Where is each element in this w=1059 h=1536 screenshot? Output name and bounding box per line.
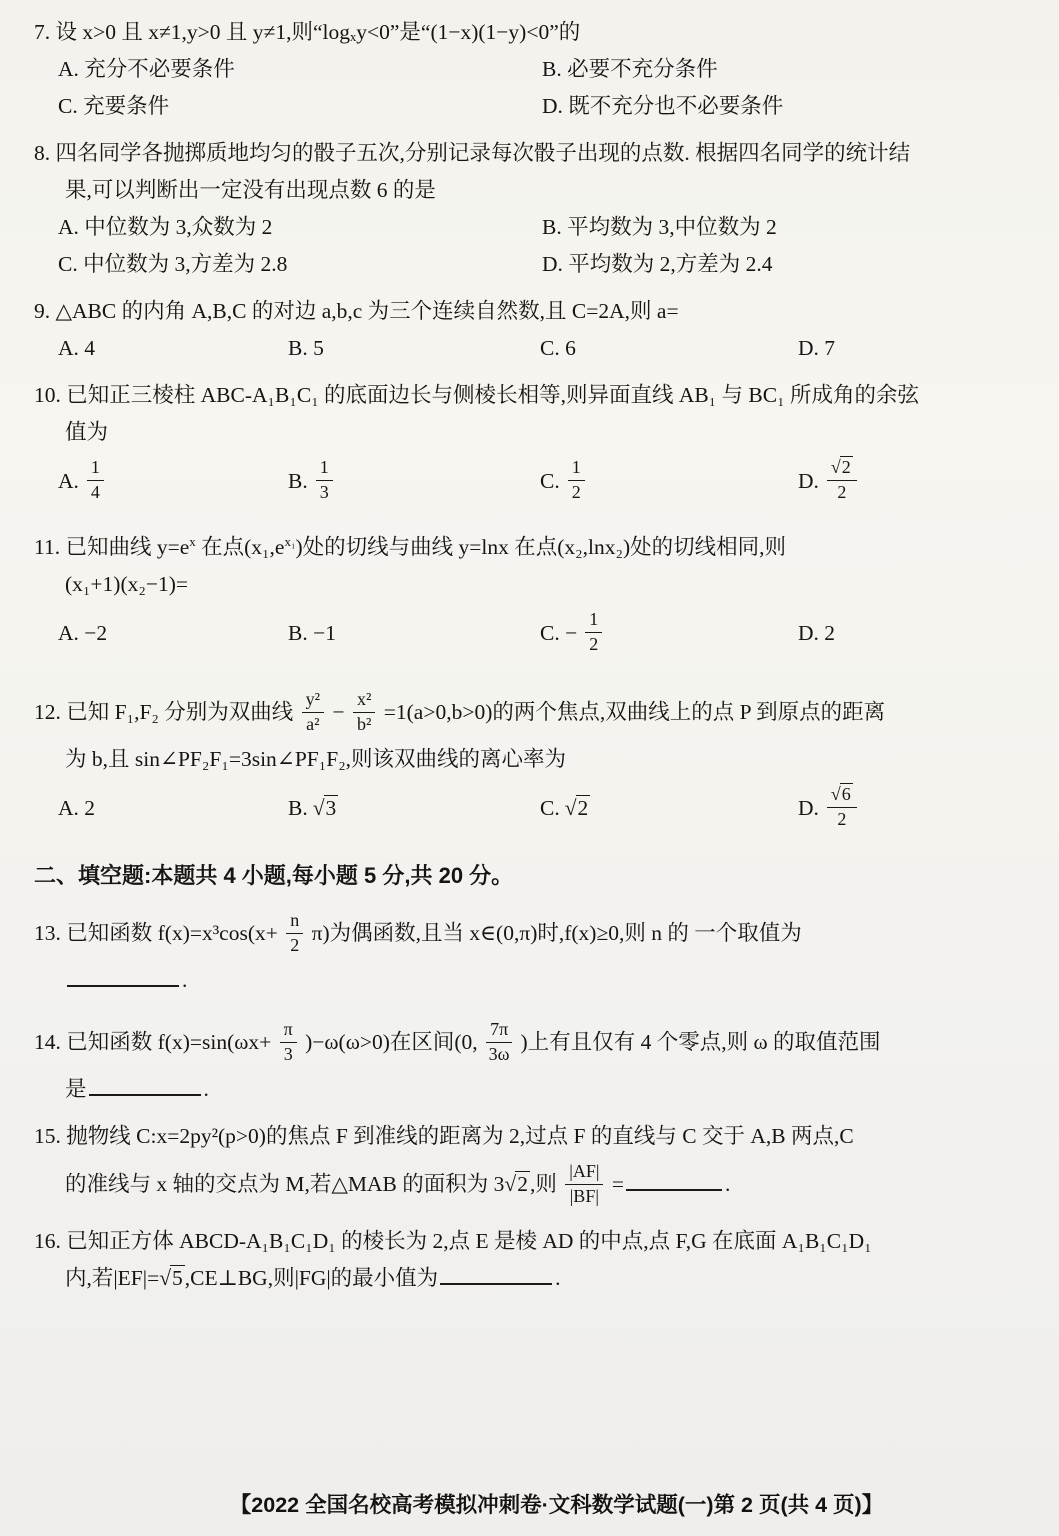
question-15-text-line-2: 的准线与 x 轴的交点为 M,若△MAB 的面积为 3√2,则 |AF| |BF… [34,1155,1035,1213]
radicand: 2 [515,1171,530,1196]
question-10-text-line-2: 值为 [34,414,1035,451]
numerator: 1 [316,457,333,480]
text-segment: =1(a>0,b>0)的两个焦点,双曲线上的点 P 到原点的距离 [384,700,885,724]
question-10-option-b: B. 1 3 [288,451,540,513]
fraction: π 3 [280,1019,297,1064]
question-8-option-b: B. 平均数为 3,中位数为 2 [542,209,1035,246]
denominator: a² [306,713,319,735]
denominator: 2 [837,481,846,503]
numerator: 1 [568,457,585,480]
option-label: B. [288,795,308,823]
question-11: 11. 已知曲线 y=ex 在点(x₁,ex₁)处的切线与曲线 y=lnx 在点… [34,523,1035,665]
radical-sign: √ [504,1172,515,1196]
question-14-answer-line: 是. [34,1071,1035,1108]
superscript: x₁ [284,534,295,549]
text-segment: . [555,1266,560,1290]
denominator: 2 [589,633,598,655]
section-2-title: 二、填空题:本题共 4 小题,每小题 5 分,共 20 分。 [34,856,1035,896]
fraction: 7π 3ω [486,1019,512,1064]
question-8-option-a: A. 中位数为 3,众数为 2 [58,209,542,246]
fraction: 1 3 [316,457,333,502]
question-7-option-a: A. 充分不必要条件 [58,51,542,88]
numerator: 1 [585,609,602,632]
question-10-options: A. 1 4 B. 1 3 C. 1 [58,451,1035,513]
text-segment: ,则 [530,1172,557,1196]
question-8-text-line-2: 果,可以判断出一定没有出现点数 6 的是 [34,172,1035,209]
option-label: C. [540,795,560,823]
question-11-option-c: C. − 1 2 [540,603,798,665]
numerator: 1 [87,457,104,480]
question-11-options: A. −2 B. −1 C. − 1 2 D. 2 [58,603,1035,665]
question-13-answer-line: . [34,962,1035,999]
answer-blank [67,980,179,987]
text-segment: )−ω(ω>0)在区间(0, [305,1030,478,1054]
radical-sign: √ [831,457,840,477]
question-7-option-c: C. 充要条件 [58,88,542,125]
question-7-options: A. 充分不必要条件 B. 必要不充分条件 C. 充要条件 D. 既不充分也不必… [58,51,1035,125]
question-10-option-c: C. 1 2 [540,451,798,513]
radicand: 6 [840,783,853,804]
denominator: 4 [91,481,100,503]
question-7-option-d: D. 既不充分也不必要条件 [542,88,1035,125]
radical-sign: √ [565,796,576,820]
denominator: 3 [320,481,329,503]
question-7: 7. 设 x>0 且 x≠1,y>0 且 y≠1,则“logₓy<0”是“(1−… [34,14,1035,125]
question-11-option-b: B. −1 [288,603,540,665]
question-7-text: 7. 设 x>0 且 x≠1,y>0 且 y≠1,则“logₓy<0”是“(1−… [34,14,1035,51]
question-8: 8. 四名同学各抛掷质地均匀的骰子五次,分别记录每次骰子出现的点数. 根据四名同… [34,135,1035,283]
question-9-option-b: B. 5 [288,330,540,367]
question-8-text-line-1: 8. 四名同学各抛掷质地均匀的骰子五次,分别记录每次骰子出现的点数. 根据四名同… [34,135,1035,172]
option-label: D. [798,795,819,823]
answer-blank [440,1278,552,1285]
option-label: D. [798,468,819,496]
question-11-option-a: A. −2 [58,603,288,665]
equals-sign: = [612,1172,624,1196]
numerator: |AF| [565,1161,603,1184]
question-14-text-line-1: 14. 已知函数 f(x)=sin(ωx+ π 3 )−ω(ω>0)在区间(0,… [34,1013,1035,1071]
text-segment: 12. 已知 F₁,F₂ 分别为双曲线 [34,700,293,724]
radicand: 2 [840,456,853,477]
numerator: n [286,910,303,933]
question-12-options: A. 2 B. √3 C. √2 D. √6 2 [58,778,1035,840]
question-12: 12. 已知 F₁,F₂ 分别为双曲线 y² a² − x² b² =1(a>0… [34,683,1035,840]
minus-sign: − [332,700,344,724]
sqrt-numerator: √6 [827,784,857,807]
question-8-option-c: C. 中位数为 3,方差为 2.8 [58,246,542,283]
denominator: |BF| [570,1185,599,1207]
option-label: C. [540,468,560,496]
text-segment: ,CE⊥BG,则|FG|的最小值为 [185,1266,438,1290]
question-9-option-a: A. 4 [58,330,288,367]
question-9: 9. △ABC 的内角 A,B,C 的对边 a,b,c 为三个连续自然数,且 C… [34,293,1035,367]
answer-blank [89,1089,201,1096]
question-8-options: A. 中位数为 3,众数为 2 B. 平均数为 3,中位数为 2 C. 中位数为… [58,209,1035,283]
text-segment: 内,若|EF|= [65,1266,159,1290]
question-15-text-line-1: 15. 抛物线 C:x=2py²(p>0)的焦点 F 到准线的距离为 2,过点 … [34,1118,1035,1155]
numerator: y² [302,689,324,712]
question-13: 13. 已知函数 f(x)=x³cos(x+ n 2 π)为偶函数,且当 x∈(… [34,904,1035,999]
question-8-option-d: D. 平均数为 2,方差为 2.4 [542,246,1035,283]
sqrt-expression: √3 [313,795,339,823]
radicand: 5 [170,1265,185,1290]
radical-sign: √ [831,784,840,804]
question-9-options: A. 4 B. 5 C. 6 D. 7 [58,330,1035,367]
question-9-option-d: D. 7 [798,330,1035,367]
sqrt-expression: √2 [565,795,591,823]
fraction: 1 4 [87,457,104,502]
denominator: b² [357,713,371,735]
question-11-option-d: D. 2 [798,603,1035,665]
radical-sign: √ [313,796,324,820]
text-segment: 11. 已知曲线 y=e [34,535,189,559]
text-segment: )上有且仅有 4 个零点,则 ω 的取值范围 [521,1030,881,1054]
exam-content: 7. 设 x>0 且 x≠1,y>0 且 y≠1,则“logₓy<0”是“(1−… [0,0,1059,1297]
fraction: x² b² [353,689,375,734]
page-footer: 【2022 全国名校高考模拟冲刺卷·文科数学试题(一)第 2 页(共 4 页)】 [0,1488,1059,1519]
question-12-option-d: D. √6 2 [798,778,1035,840]
text-segment: 在点(x₁,e [196,535,285,559]
fraction: √6 2 [827,784,857,829]
question-16-text-line-1: 16. 已知正方体 ABCD-A₁B₁C₁D₁ 的棱长为 2,点 E 是棱 AD… [34,1223,1035,1260]
text-segment: 的准线与 x 轴的交点为 M,若△MAB 的面积为 3 [65,1172,504,1196]
radicand: 3 [324,795,339,820]
question-7-option-b: B. 必要不充分条件 [542,51,1035,88]
fraction: 1 2 [585,609,602,654]
option-label: A. [58,468,79,496]
question-13-text-line-1: 13. 已知函数 f(x)=x³cos(x+ n 2 π)为偶函数,且当 x∈(… [34,904,1035,962]
sqrt-expression: √2 [504,1171,530,1196]
exam-page: 7. 设 x>0 且 x≠1,y>0 且 y≠1,则“logₓy<0”是“(1−… [0,0,1059,1536]
question-12-text-line-1: 12. 已知 F₁,F₂ 分别为双曲线 y² a² − x² b² =1(a>0… [34,683,1035,741]
numerator: 7π [486,1019,512,1042]
text-segment: 14. 已知函数 f(x)=sin(ωx+ [34,1030,271,1054]
fraction: √2 2 [827,457,857,502]
question-10-option-a: A. 1 4 [58,451,288,513]
fraction: n 2 [286,910,303,955]
question-12-option-b: B. √3 [288,778,540,840]
question-10-text-line-1: 10. 已知正三棱柱 ABC-A₁B₁C₁ 的底面边长与侧棱长相等,则异面直线 … [34,377,1035,414]
text-segment: π)为偶函数,且当 x∈(0,π)时,f(x)≥0,则 n 的 一个取值为 [312,921,802,945]
radicand: 2 [576,795,591,820]
denominator: 3 [284,1043,293,1065]
denominator: 3ω [489,1043,510,1065]
question-11-text-line-2: (x₁+1)(x₂−1)= [34,566,1035,603]
option-label: C. − [540,620,577,648]
question-16: 16. 已知正方体 ABCD-A₁B₁C₁D₁ 的棱长为 2,点 E 是棱 AD… [34,1223,1035,1297]
question-10: 10. 已知正三棱柱 ABC-A₁B₁C₁ 的底面边长与侧棱长相等,则异面直线 … [34,377,1035,513]
text-segment: . [182,968,187,992]
question-12-option-c: C. √2 [540,778,798,840]
text-segment: 13. 已知函数 f(x)=x³cos(x+ [34,921,278,945]
fraction: |AF| |BF| [565,1161,603,1206]
sqrt-numerator: √2 [827,457,857,480]
question-10-option-d: D. √2 2 [798,451,1035,513]
denominator: 2 [572,481,581,503]
numerator: π [280,1019,297,1042]
question-12-text-line-2: 为 b,且 sin∠PF₂F₁=3sin∠PF₁F₂,则该双曲线的离心率为 [34,741,1035,778]
question-12-option-a: A. 2 [58,778,288,840]
question-15: 15. 抛物线 C:x=2py²(p>0)的焦点 F 到准线的距离为 2,过点 … [34,1118,1035,1213]
denominator: 2 [290,934,299,956]
text-segment: . [725,1172,730,1196]
question-14: 14. 已知函数 f(x)=sin(ωx+ π 3 )−ω(ω>0)在区间(0,… [34,1013,1035,1108]
fraction: 1 2 [568,457,585,502]
text-segment: 是 [65,1077,87,1101]
question-11-text-line-1: 11. 已知曲线 y=ex 在点(x₁,ex₁)处的切线与曲线 y=lnx 在点… [34,523,1035,566]
answer-blank [626,1184,722,1191]
question-9-text: 9. △ABC 的内角 A,B,C 的对边 a,b,c 为三个连续自然数,且 C… [34,293,1035,330]
numerator: x² [353,689,375,712]
question-9-option-c: C. 6 [540,330,798,367]
sqrt-expression: √5 [159,1265,185,1290]
option-label: B. [288,468,308,496]
text-segment: )处的切线与曲线 y=lnx 在点(x₂,lnx₂)处的切线相同,则 [296,535,787,559]
denominator: 2 [837,808,846,830]
radical-sign: √ [159,1266,170,1290]
fraction: y² a² [302,689,324,734]
question-16-text-line-2: 内,若|EF|=√5,CE⊥BG,则|FG|的最小值为. [34,1260,1035,1297]
text-segment: . [204,1077,209,1101]
